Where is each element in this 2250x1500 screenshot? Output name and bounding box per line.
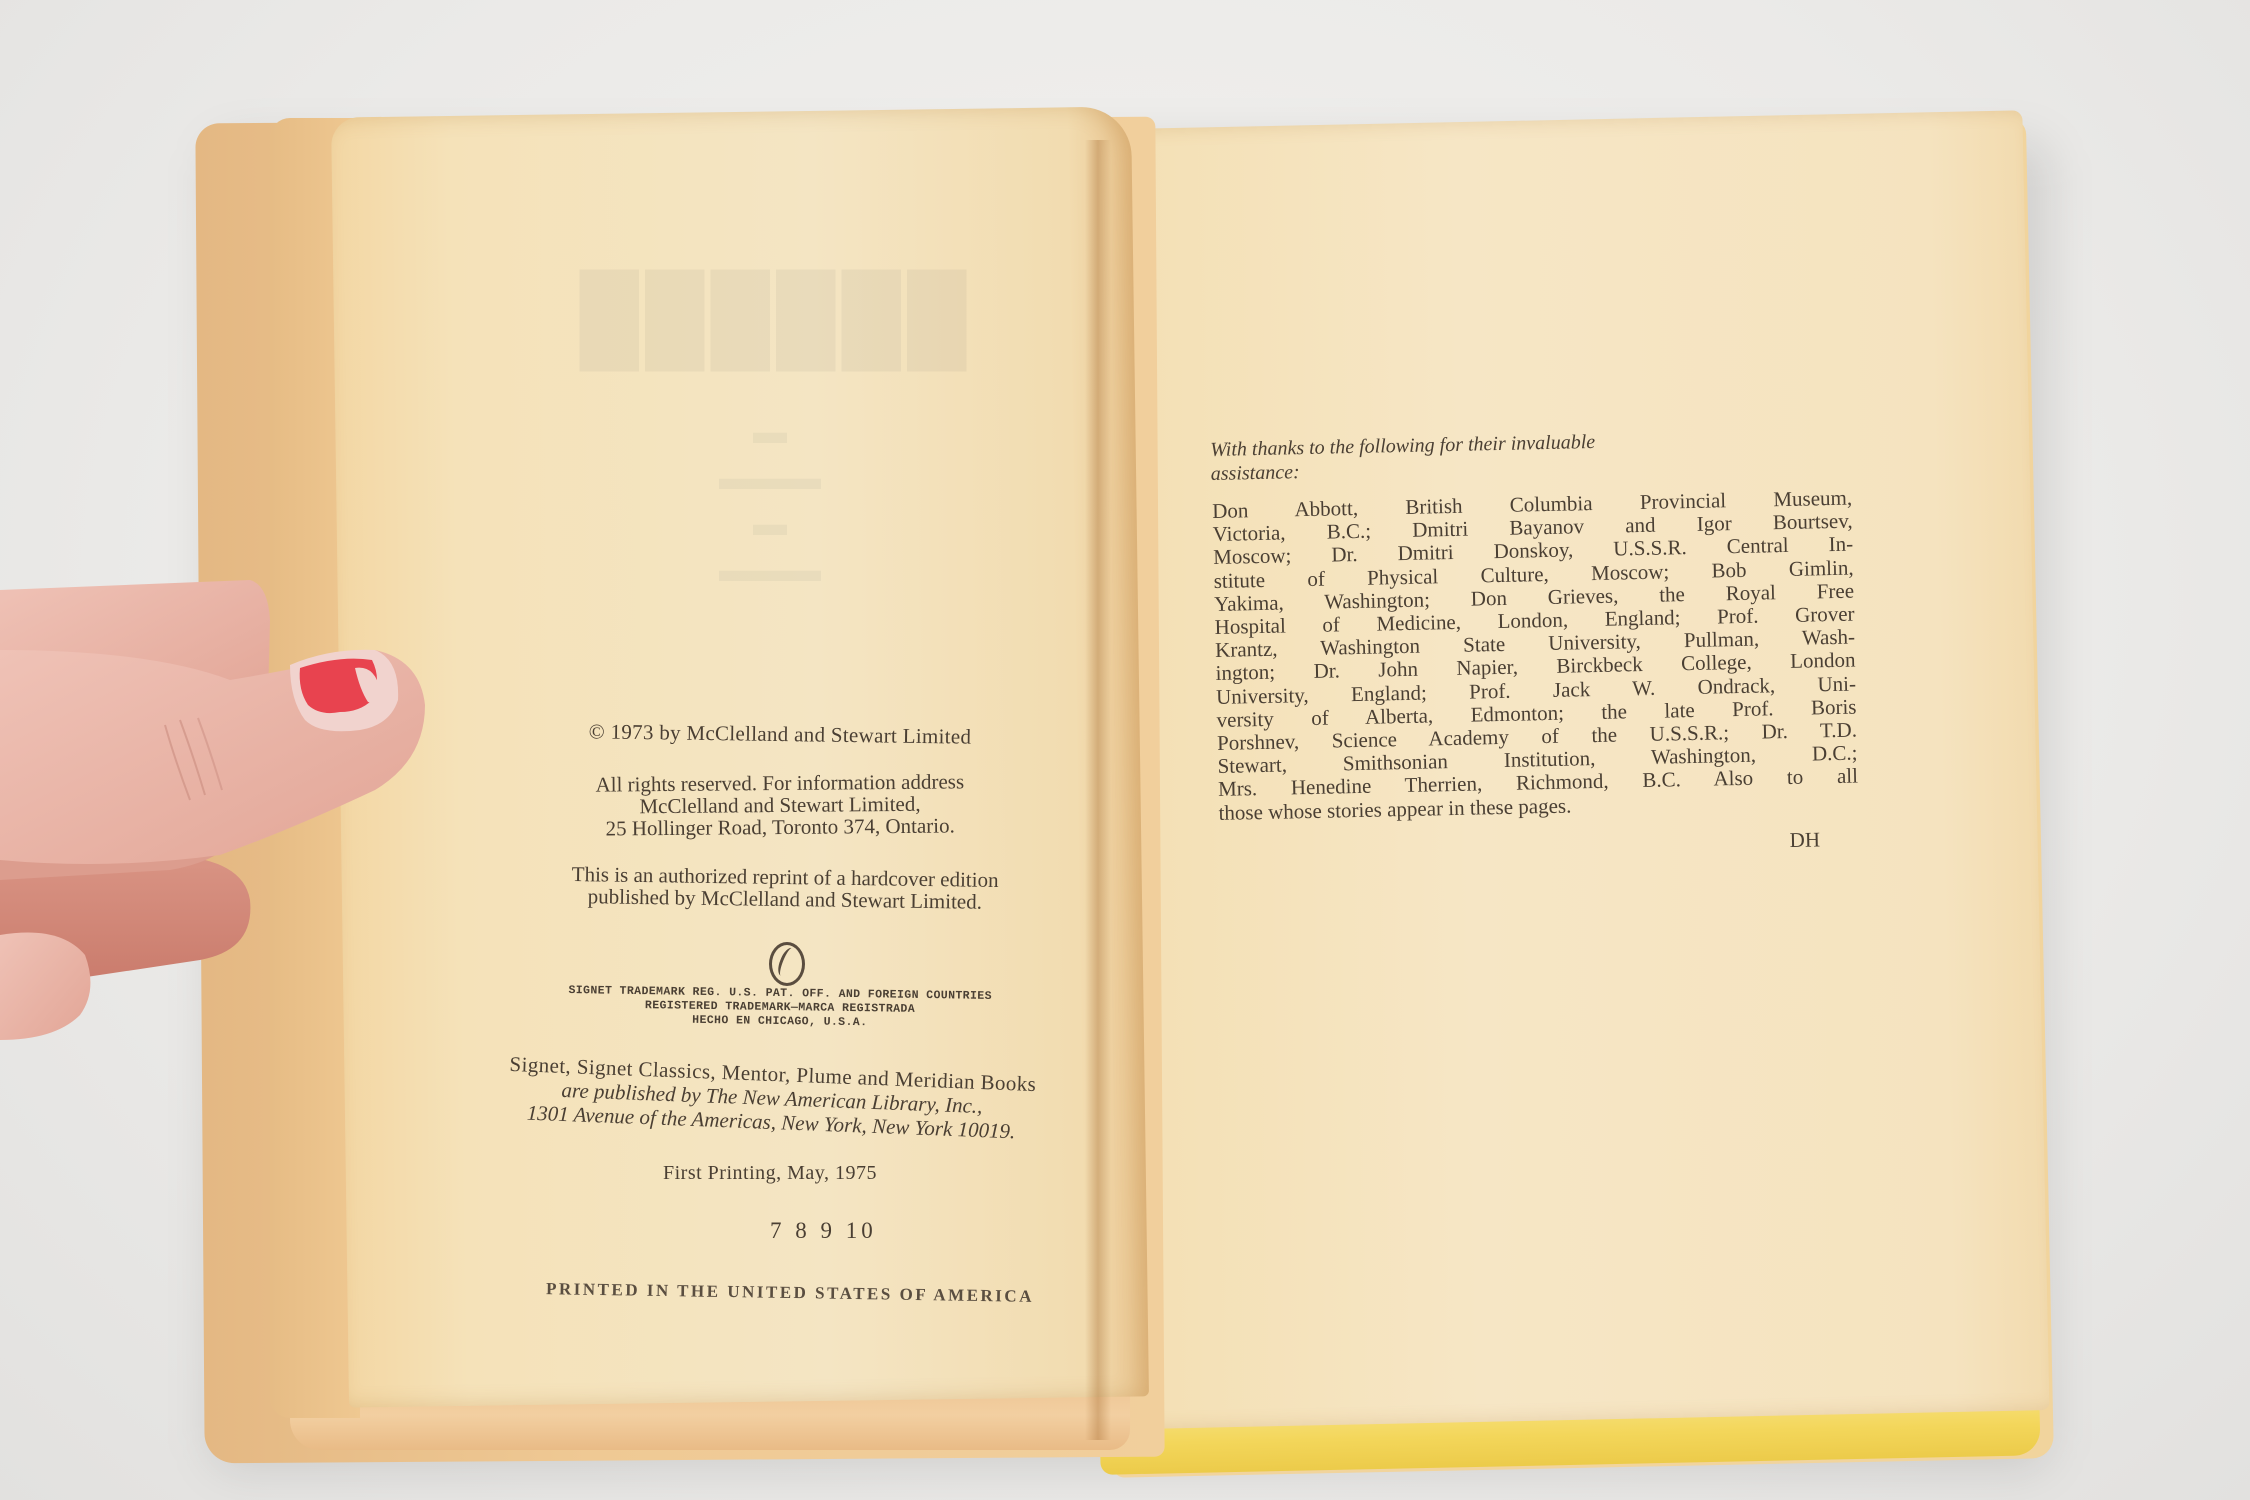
show-through-title: ██████ <box>470 270 1070 367</box>
print-numbers: 7 8 9 10 <box>770 1218 920 1244</box>
signet-logo-icon <box>769 942 805 986</box>
rights-block: All rights reserved. For information add… <box>520 770 1041 841</box>
photo-scene: ██████ ▬▬▬▬▬▬▬▬ © 1973 by McClelland and… <box>0 0 2250 1500</box>
first-printing: First Printing, May, 1975 <box>620 1162 920 1185</box>
reprint-block: This is an authorized reprint of a hardc… <box>505 862 1066 914</box>
hand-holding-book <box>0 0 450 1100</box>
rights-line: 25 Hollinger Road, Toronto 374, Ontario. <box>520 814 1040 841</box>
signature-initials: DH <box>1760 827 1821 853</box>
show-through-lines: ▬▬▬▬▬▬▬▬ <box>560 410 980 594</box>
trademark-block: SIGNET TRADEMARK REG. U.S. PAT. OFF. AND… <box>490 983 1071 1033</box>
acknowledgement-body: Don Abbott, British Columbia Provincial … <box>1212 487 1859 825</box>
book-gutter <box>1085 140 1111 1440</box>
